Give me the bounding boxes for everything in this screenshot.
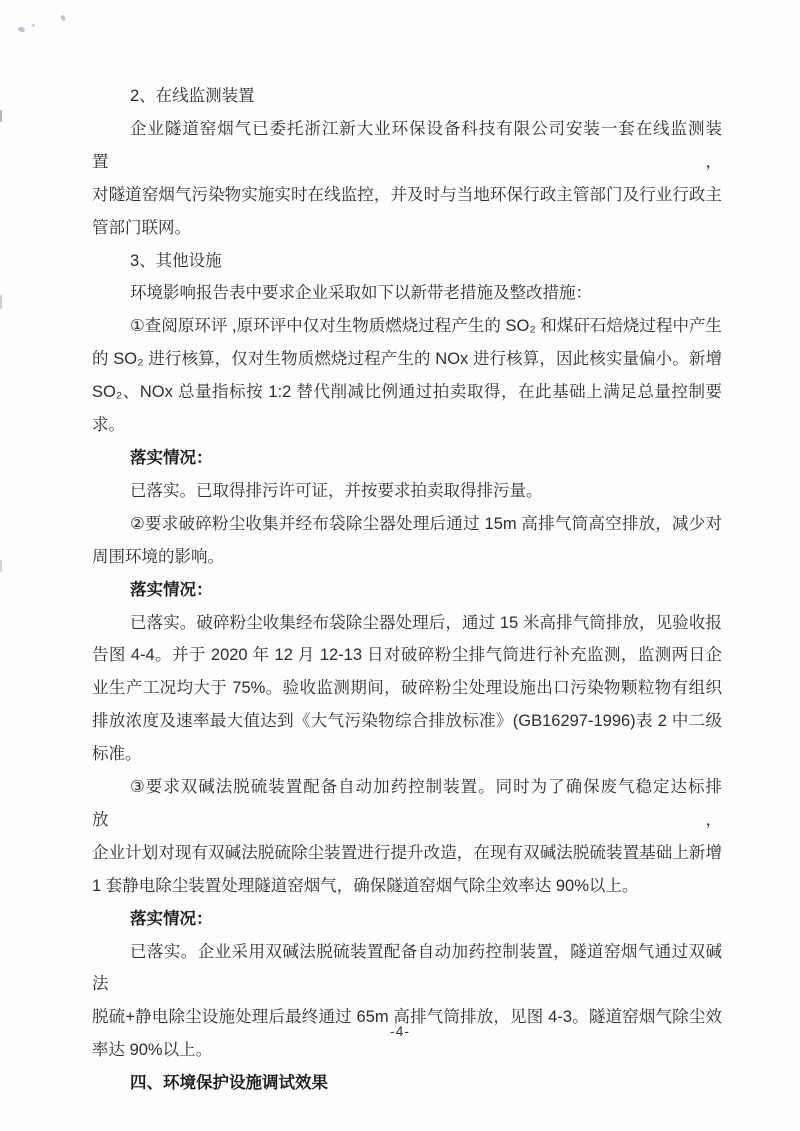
document-line: ②要求破碎粉尘收集并经布袋除尘器处理后通过 15m 高排气筒高空排放，减少对 (92, 508, 722, 541)
document-line: 管部门联网。 (92, 212, 722, 245)
scan-artifact (17, 26, 25, 33)
scan-artifact (0, 110, 2, 122)
document-line: 落实情况： (92, 574, 722, 607)
document-line: ③要求双碱法脱硫装置配备自动加药控制装置。同时为了确保废气稳定达标排放， (92, 771, 722, 837)
document-line: SO₂、NOx 总量指标按 1:2 替代削减比例通过拍卖取得，在此基础上满足总量… (92, 376, 722, 409)
scan-artifact (0, 295, 2, 309)
document-line: 2、在线监测装置 (92, 80, 722, 113)
document-line: 四、环境保护设施调试效果 (92, 1067, 722, 1100)
document-line: 企业隧道窑烟气已委托浙江新大业环保设备科技有限公司安装一套在线监测装置， (92, 113, 722, 179)
document-line: 的 SO₂ 进行核算，仅对生物质燃烧过程产生的 NOx 进行核算，因此核实量偏小… (92, 343, 722, 376)
document-line: 排放浓度及速率最大值达到《大气污染物综合排放标准》(GB16297-1996)表… (92, 705, 722, 738)
document-line: 已落实。企业采用双碱法脱硫装置配备自动加药控制装置，隧道窑烟气通过双碱法 (92, 936, 722, 1002)
document-line: 落实情况： (92, 442, 722, 475)
document-line: 落实情况： (92, 903, 722, 936)
document-body: 2、在线监测装置企业隧道窑烟气已委托浙江新大业环保设备科技有限公司安装一套在线监… (92, 80, 722, 1100)
document-line: 业生产工况均大于 75%。验收监测期间，破碎粉尘处理设施出口污染物颗粒物有组织 (92, 672, 722, 705)
page-number: -4- (0, 1023, 800, 1039)
document-line: 标准。 (92, 738, 722, 771)
scan-artifact (32, 24, 35, 27)
scan-artifact (60, 15, 66, 22)
document-page: 2、在线监测装置企业隧道窑烟气已委托浙江新大业环保设备科技有限公司安装一套在线监… (0, 0, 800, 1131)
document-line: 环境影响报告表中要求企业采取如下以新带老措施及整改措施： (92, 277, 722, 310)
document-line: 3、其他设施 (92, 245, 722, 278)
document-line: 率达 90%以上。 (92, 1034, 722, 1067)
scan-artifact (0, 560, 2, 572)
document-line: 对隧道窑烟气污染物实施实时在线监控，并及时与当地环保行政主管部门及行业行政主 (92, 179, 722, 212)
document-line: 已落实。已取得排污许可证，并按要求拍卖取得排污量。 (92, 475, 722, 508)
document-line: 求。 (92, 409, 722, 442)
document-line: 告图 4-4。并于 2020 年 12 月 12-13 日对破碎粉尘排气筒进行补… (92, 639, 722, 672)
document-line: 企业计划对现有双碱法脱硫除尘装置进行提升改造，在现有双碱法脱硫装置基础上新增 (92, 837, 722, 870)
document-line: 1 套静电除尘装置处理隧道窑烟气，确保隧道窑烟气除尘效率达 90%以上。 (92, 870, 722, 903)
document-line: ①查阅原环评 ,原环评中仅对生物质燃烧过程产生的 SO₂ 和煤矸石焙烧过程中产生 (92, 310, 722, 343)
document-line: 已落实。破碎粉尘收集经布袋除尘器处理后，通过 15 米高排气筒排放，见验收报 (92, 607, 722, 640)
document-line: 周围环境的影响。 (92, 541, 722, 574)
